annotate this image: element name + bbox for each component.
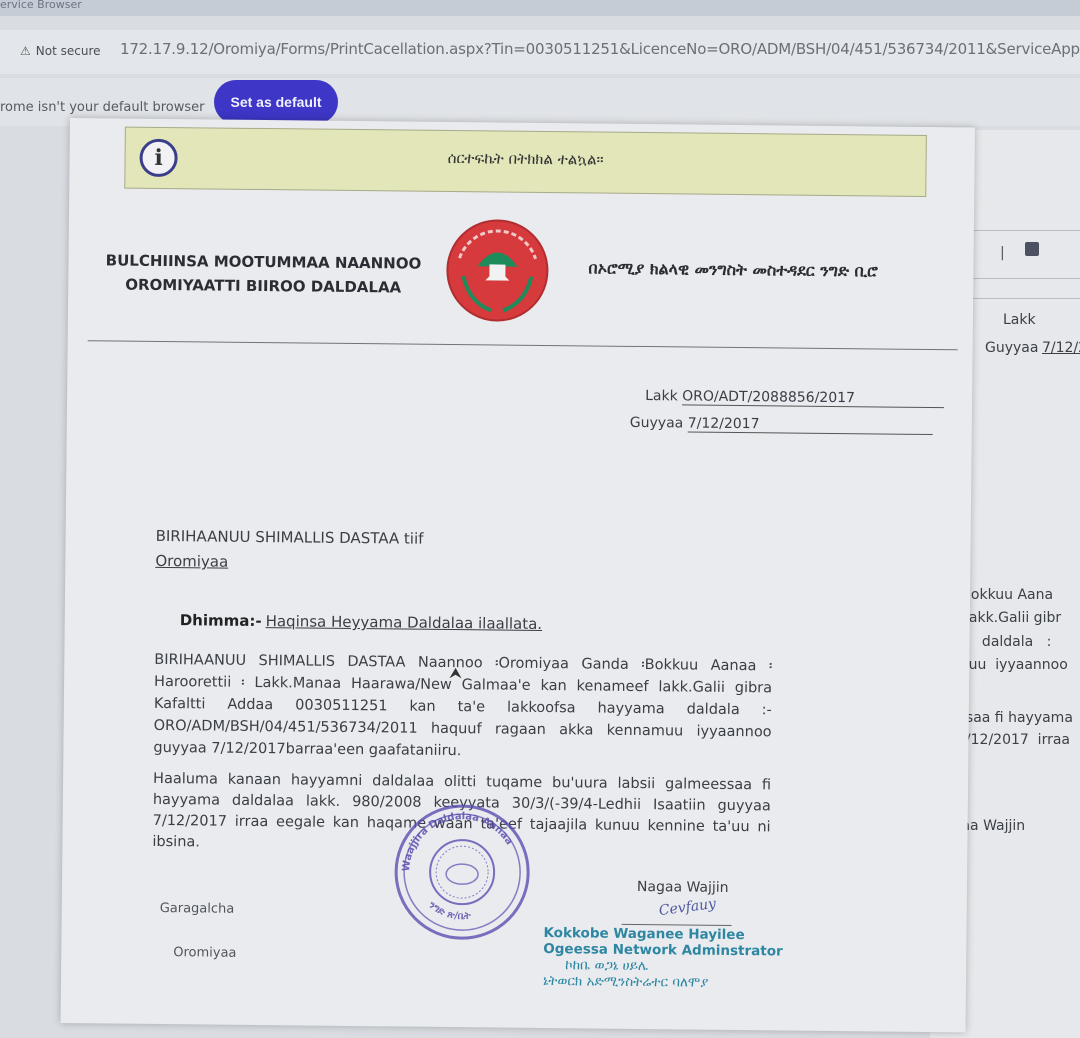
mouse-cursor-icon: ⮝: [449, 664, 462, 682]
alert-message: ሰርተፍኬት በትክክል ተልኳል።: [126, 146, 926, 172]
addressee-region: Oromiyaa: [155, 552, 228, 571]
bg-fragment: ፡Bokkuu Aana: [958, 587, 1053, 603]
subject-line: Dhimma:-Haqinsa Heyyama Daldalaa ilaalla…: [180, 611, 543, 633]
org-line-2: OROMIYAATTI BIIROO DALDALAA: [98, 272, 428, 299]
guyyaa-label: Guyyaa: [630, 415, 684, 432]
infobar-message: rome isn't your default browser: [0, 100, 204, 115]
body-paragraph-1: BIRIHAANUU SHIMALLIS DASTAA Naannoo ፡Oro…: [153, 649, 772, 765]
tab-title[interactable]: ervice Browser: [0, 0, 82, 11]
letterhead-divider: [88, 340, 958, 350]
separator-icon: |: [1000, 245, 1005, 261]
official-stamp-icon: Waajjira Daldalaa Aanaa ንግድ ጽ/ቤት: [386, 801, 537, 943]
subject-text: Haqinsa Heyyama Daldalaa ilaallata.: [266, 612, 543, 633]
bg-guyyaa-label: Guyyaa: [985, 340, 1038, 356]
lakk-label: Lakk: [645, 388, 678, 404]
bg-fragment: muu iyyaannoo: [955, 657, 1068, 673]
set-as-default-button[interactable]: Set as default: [214, 80, 338, 124]
security-indicator[interactable]: ⚠ Not secure: [20, 44, 101, 58]
cc-recipient: Oromiyaa: [173, 945, 236, 961]
svg-text:ንግድ ጽ/ቤት: ንግድ ጽ/ቤት: [425, 899, 471, 922]
org-name-amharic: በኦሮሚያ ክልላዊ መንግስት መስተዳደር ንግድ ቢሮ: [588, 258, 877, 281]
security-label: Not secure: [36, 44, 101, 58]
svg-text:Waajjira Daldalaa Aanaa: Waajjira Daldalaa Aanaa: [401, 810, 515, 873]
oromia-emblem-icon: [445, 218, 550, 323]
bg-fragment: a daldala :: [960, 634, 1051, 650]
guyyaa-value: 7/12/2017: [688, 415, 933, 435]
warning-triangle-icon: ⚠: [20, 44, 31, 58]
subject-label: Dhimma:-: [180, 611, 262, 630]
cc-label: Garagalcha: [160, 901, 235, 917]
closing-salutation: Nagaa Wajjin: [637, 879, 729, 896]
bg-guyyaa-value: 7/12/2: [1042, 340, 1080, 356]
bg-lakk-label: Lakk: [1003, 312, 1036, 328]
org-line-1: BULCHIINSA MOOTUMMAA NAANNOO: [98, 248, 428, 275]
lakk-value: ORO/ADT/2088856/2017: [682, 388, 944, 408]
certificate-page: i ሰርተፍኬት በትክክል ተልኳል። BULCHIINSA MOOTUMMA…: [61, 118, 975, 1032]
bg-fragment: 7/12/2017 irraa: [957, 732, 1070, 748]
signer-title-amharic: ኔትወርክ አድሚንስትሬተር ባለሞያ: [543, 973, 783, 992]
save-icon[interactable]: [1025, 242, 1039, 256]
reference-date: Guyyaa 7/12/2017: [630, 415, 933, 435]
signature-block: Kokkobe Waganee Hayilee Ogeessa Network …: [543, 925, 783, 992]
reference-number: Lakk ORO/ADT/2088856/2017: [645, 388, 944, 408]
browser-tab-strip: ervice Browser: [0, 0, 1080, 16]
handwritten-signature: Cevfauy: [658, 896, 717, 919]
success-alert: i ሰርተፍኬት በትክክል ተልኳል።: [124, 127, 927, 197]
url-text[interactable]: 172.17.9.12/Oromiya/Forms/PrintCacellati…: [120, 40, 1080, 58]
addressee-name: BIRIHAANUU SHIMALLIS DASTAA tiif: [156, 527, 424, 548]
bg-fragment: lakk.Galii gibr: [965, 610, 1061, 626]
org-name-oromo: BULCHIINSA MOOTUMMAA NAANNOO OROMIYAATTI…: [98, 248, 428, 299]
